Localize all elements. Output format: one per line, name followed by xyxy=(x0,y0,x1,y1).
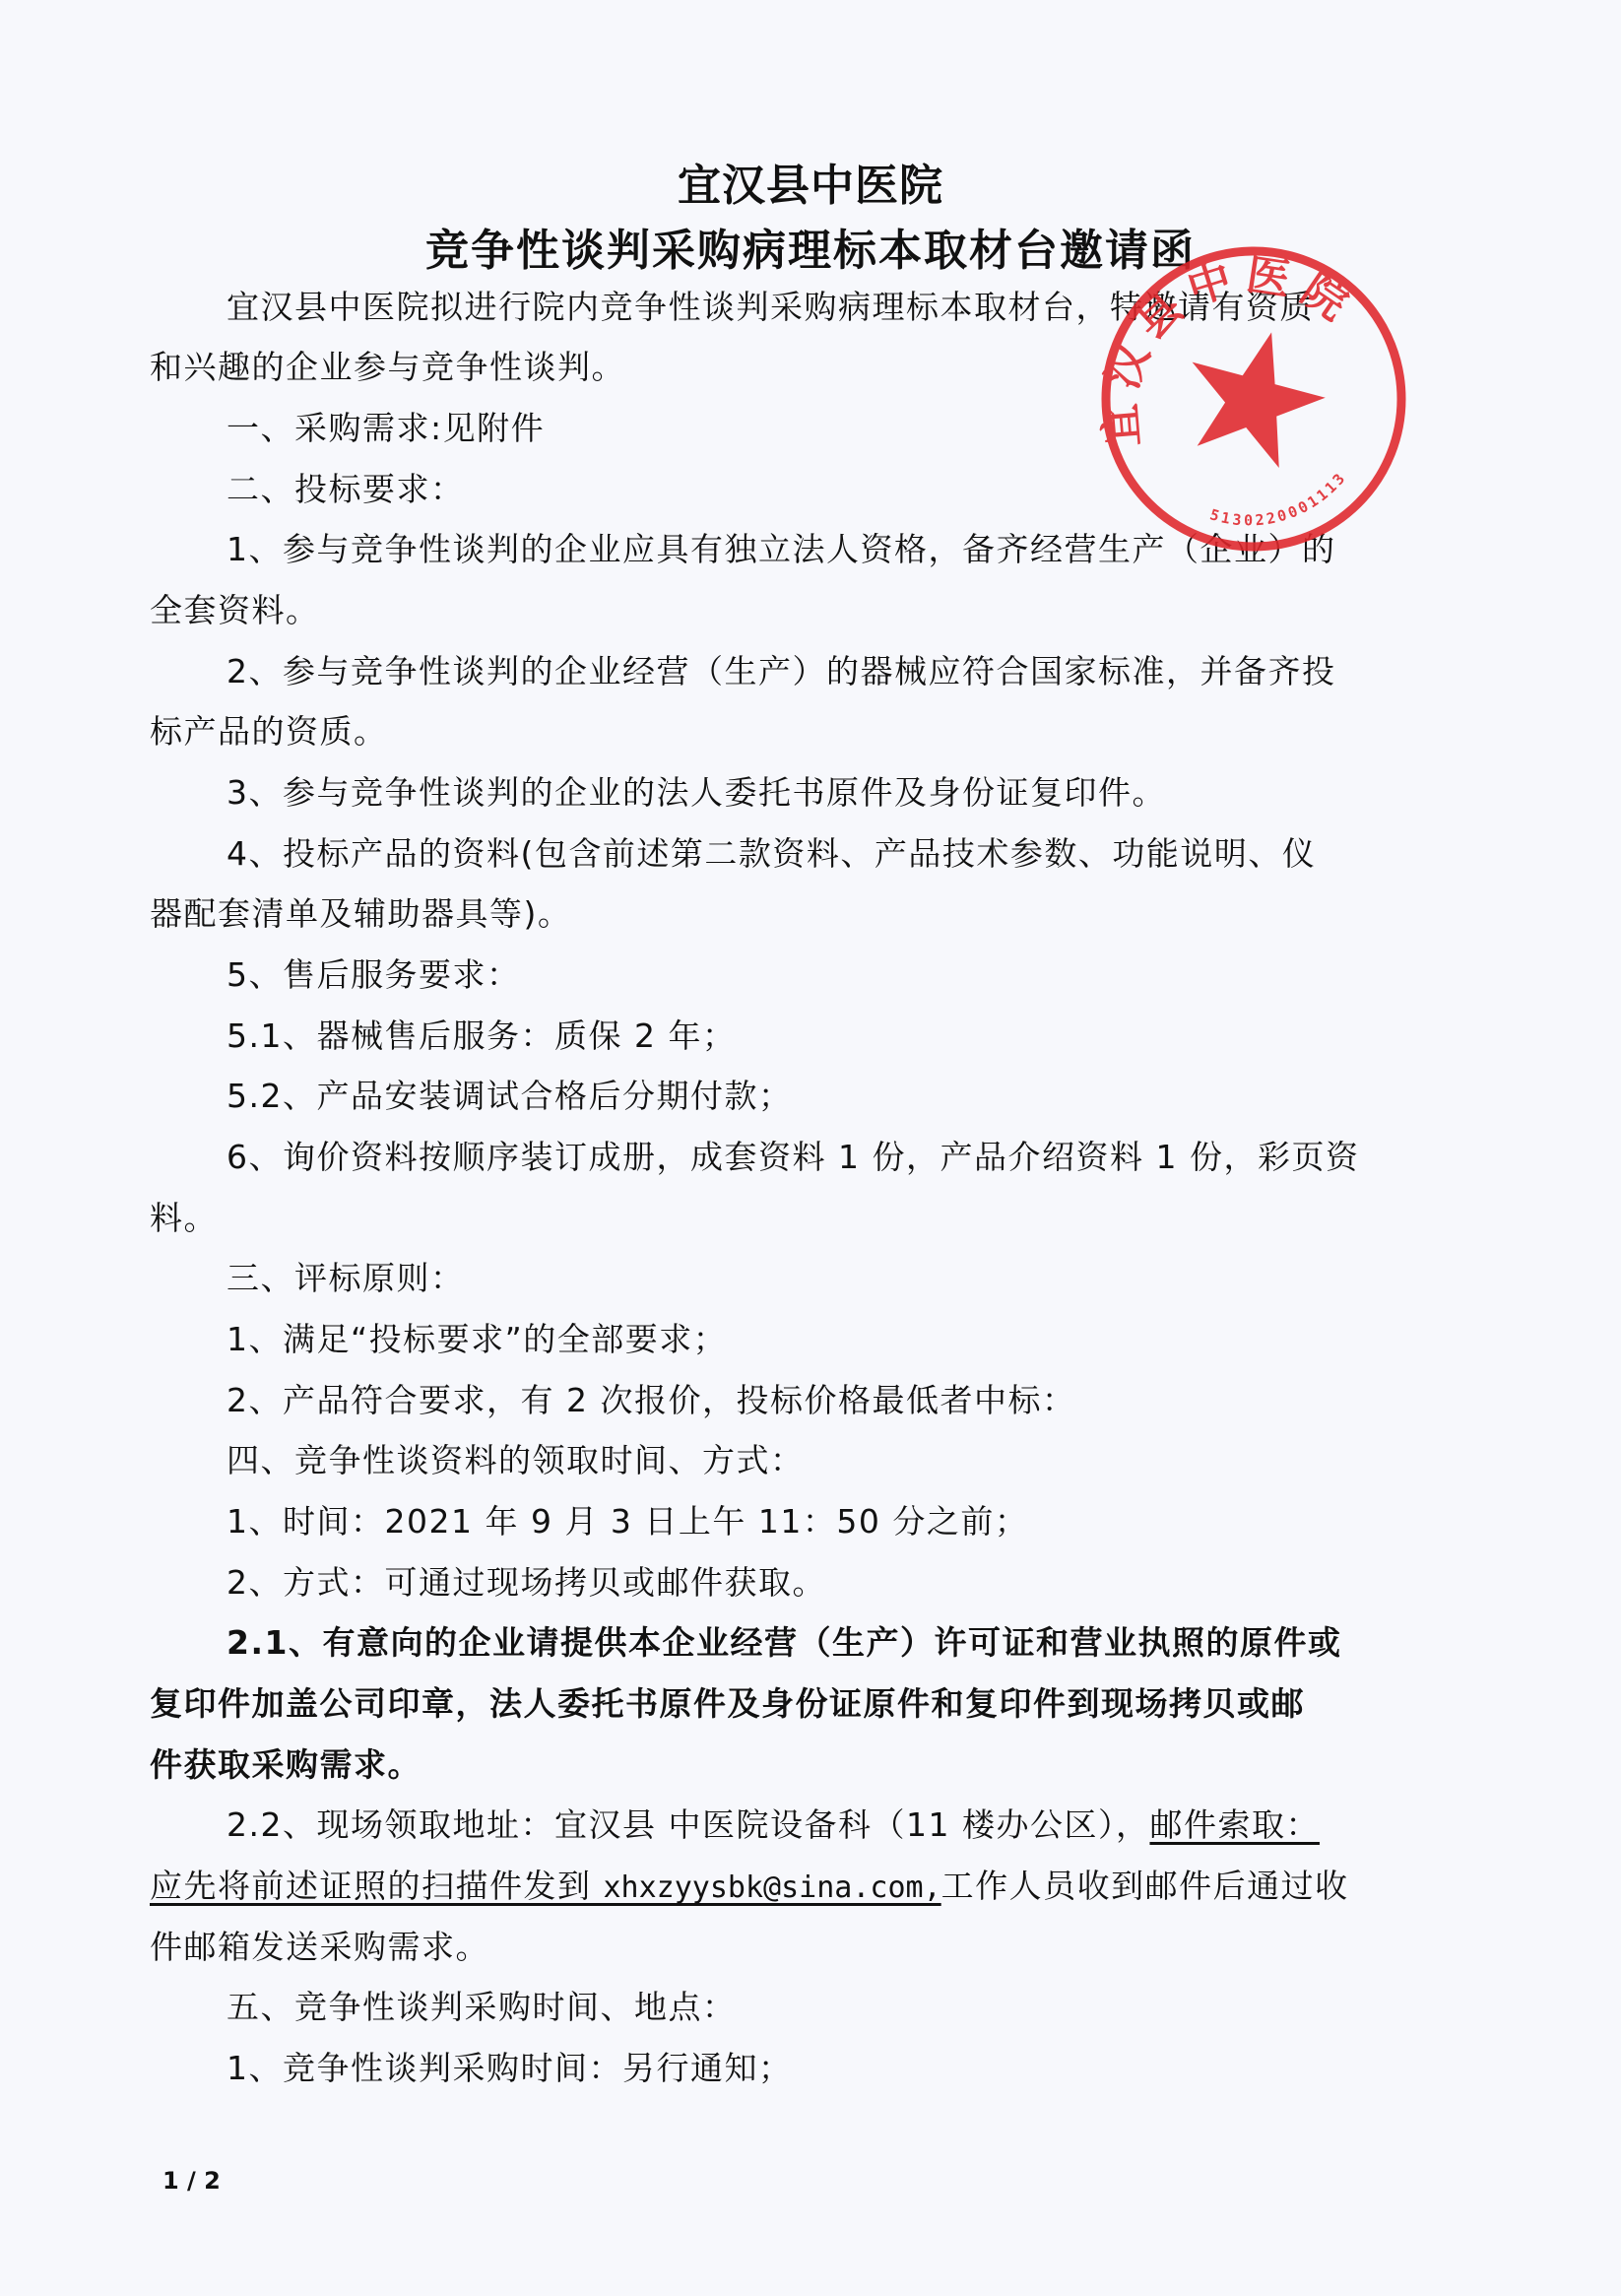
section-1-heading: 一、采购需求:见附件 xyxy=(227,409,1546,448)
negotiation-time: 1、竞争性谈判采购时间：另行通知； xyxy=(227,2049,1546,2088)
page-number: 1 / 2 xyxy=(162,2167,221,2195)
collection-method-2-1: 2.1、有意向的企业请提供本企业经营（生产）许可证和营业执照的原件或 xyxy=(227,1623,1546,1663)
document-title: 竞争性谈判采购病理标本取材台邀请函 xyxy=(0,215,1621,278)
evaluation-1: 1、满足“投标要求”的全部要求； xyxy=(227,1320,1546,1359)
collection-method-2-2: 2.2、现场领取地址：宜汉县 中医院设备科（11 楼办公区），邮件索取： xyxy=(227,1805,1546,1845)
collection-method-2-1-end: 件获取采购需求。 xyxy=(150,1745,1469,1785)
requirement-1: 1、参与竞争性谈判的企业应具有独立法人资格，备齐经营生产（企业）的 xyxy=(227,530,1546,569)
contact-email-link[interactable]: xhxzyysbk@sina.com, xyxy=(604,1870,941,1905)
requirement-5-2: 5.2、产品安装调试合格后分期付款； xyxy=(227,1077,1546,1116)
requirement-6: 6、询价资料按顺序装订成册，成套资料 1 份，产品介绍资料 1 份，彩页资 xyxy=(227,1138,1546,1177)
collection-method-2-2-cont: 应先将前述证照的扫描件发到 xhxzyysbk@sina.com,工作人员收到邮… xyxy=(150,1867,1469,1908)
email-instruction-rest: 工作人员收到邮件后通过收 xyxy=(941,1867,1349,1905)
section-4-heading: 四、竞争性谈资料的领取时间、方式： xyxy=(227,1441,1546,1480)
requirement-5-1: 5.1、器械售后服务：质保 2 年； xyxy=(227,1017,1546,1056)
section-3-heading: 三、评标原则： xyxy=(227,1259,1546,1298)
section-5-heading: 五、竞争性谈判采购时间、地点： xyxy=(227,1988,1546,2027)
official-seal-icon: 宜汉县中医院 5130220001113 xyxy=(1091,236,1416,561)
intro-paragraph-cont: 和兴趣的企业参与竞争性谈判。 xyxy=(150,348,1469,387)
pickup-address: 2.2、现场领取地址：宜汉县 中医院设备科（11 楼办公区）， xyxy=(227,1805,1149,1844)
collection-method-2-1-cont: 复印件加盖公司印章，法人委托书原件及身份证原件和复印件到现场拷贝或邮 xyxy=(150,1684,1469,1724)
requirement-1-cont: 全套资料。 xyxy=(150,591,1469,630)
requirement-6-cont: 料。 xyxy=(150,1199,1469,1238)
collection-method-2-2-end: 件邮箱发送采购需求。 xyxy=(150,1928,1469,1967)
requirement-4: 4、投标产品的资料(包含前述第二款资料、产品技术参数、功能说明、仪 xyxy=(227,834,1546,874)
requirement-4-cont: 器配套清单及辅助器具等)。 xyxy=(150,894,1469,934)
email-request-label: 邮件索取： xyxy=(1149,1805,1320,1844)
intro-paragraph: 宜汉县中医院拟进行院内竞争性谈判采购病理标本取材台，特邀请有资质 xyxy=(227,288,1546,327)
requirement-5: 5、售后服务要求： xyxy=(227,955,1546,995)
requirement-2: 2、参与竞争性谈判的企业经营（生产）的器械应符合国家标准，并备齐投 xyxy=(227,652,1546,691)
evaluation-2: 2、产品符合要求，有 2 次报价，投标价格最低者中标： xyxy=(227,1381,1546,1420)
document-page: 宜汉县中医院 竞争性谈判采购病理标本取材台邀请函 宜汉县中医院拟进行院内竞争性谈… xyxy=(0,0,1621,2296)
document-title-org: 宜汉县中医院 xyxy=(0,150,1621,213)
collection-time: 1、时间：2021 年 9 月 3 日上午 11：50 分之前； xyxy=(227,1502,1546,1542)
collection-method: 2、方式：可通过现场拷贝或邮件获取。 xyxy=(227,1563,1546,1603)
requirement-3: 3、参与竞争性谈判的企业的法人委托书原件及身份证复印件。 xyxy=(227,773,1546,813)
requirement-2-cont: 标产品的资质。 xyxy=(150,712,1469,752)
section-2-heading: 二、投标要求： xyxy=(227,470,1546,509)
email-instruction: 应先将前述证照的扫描件发到 xyxy=(150,1867,604,1905)
